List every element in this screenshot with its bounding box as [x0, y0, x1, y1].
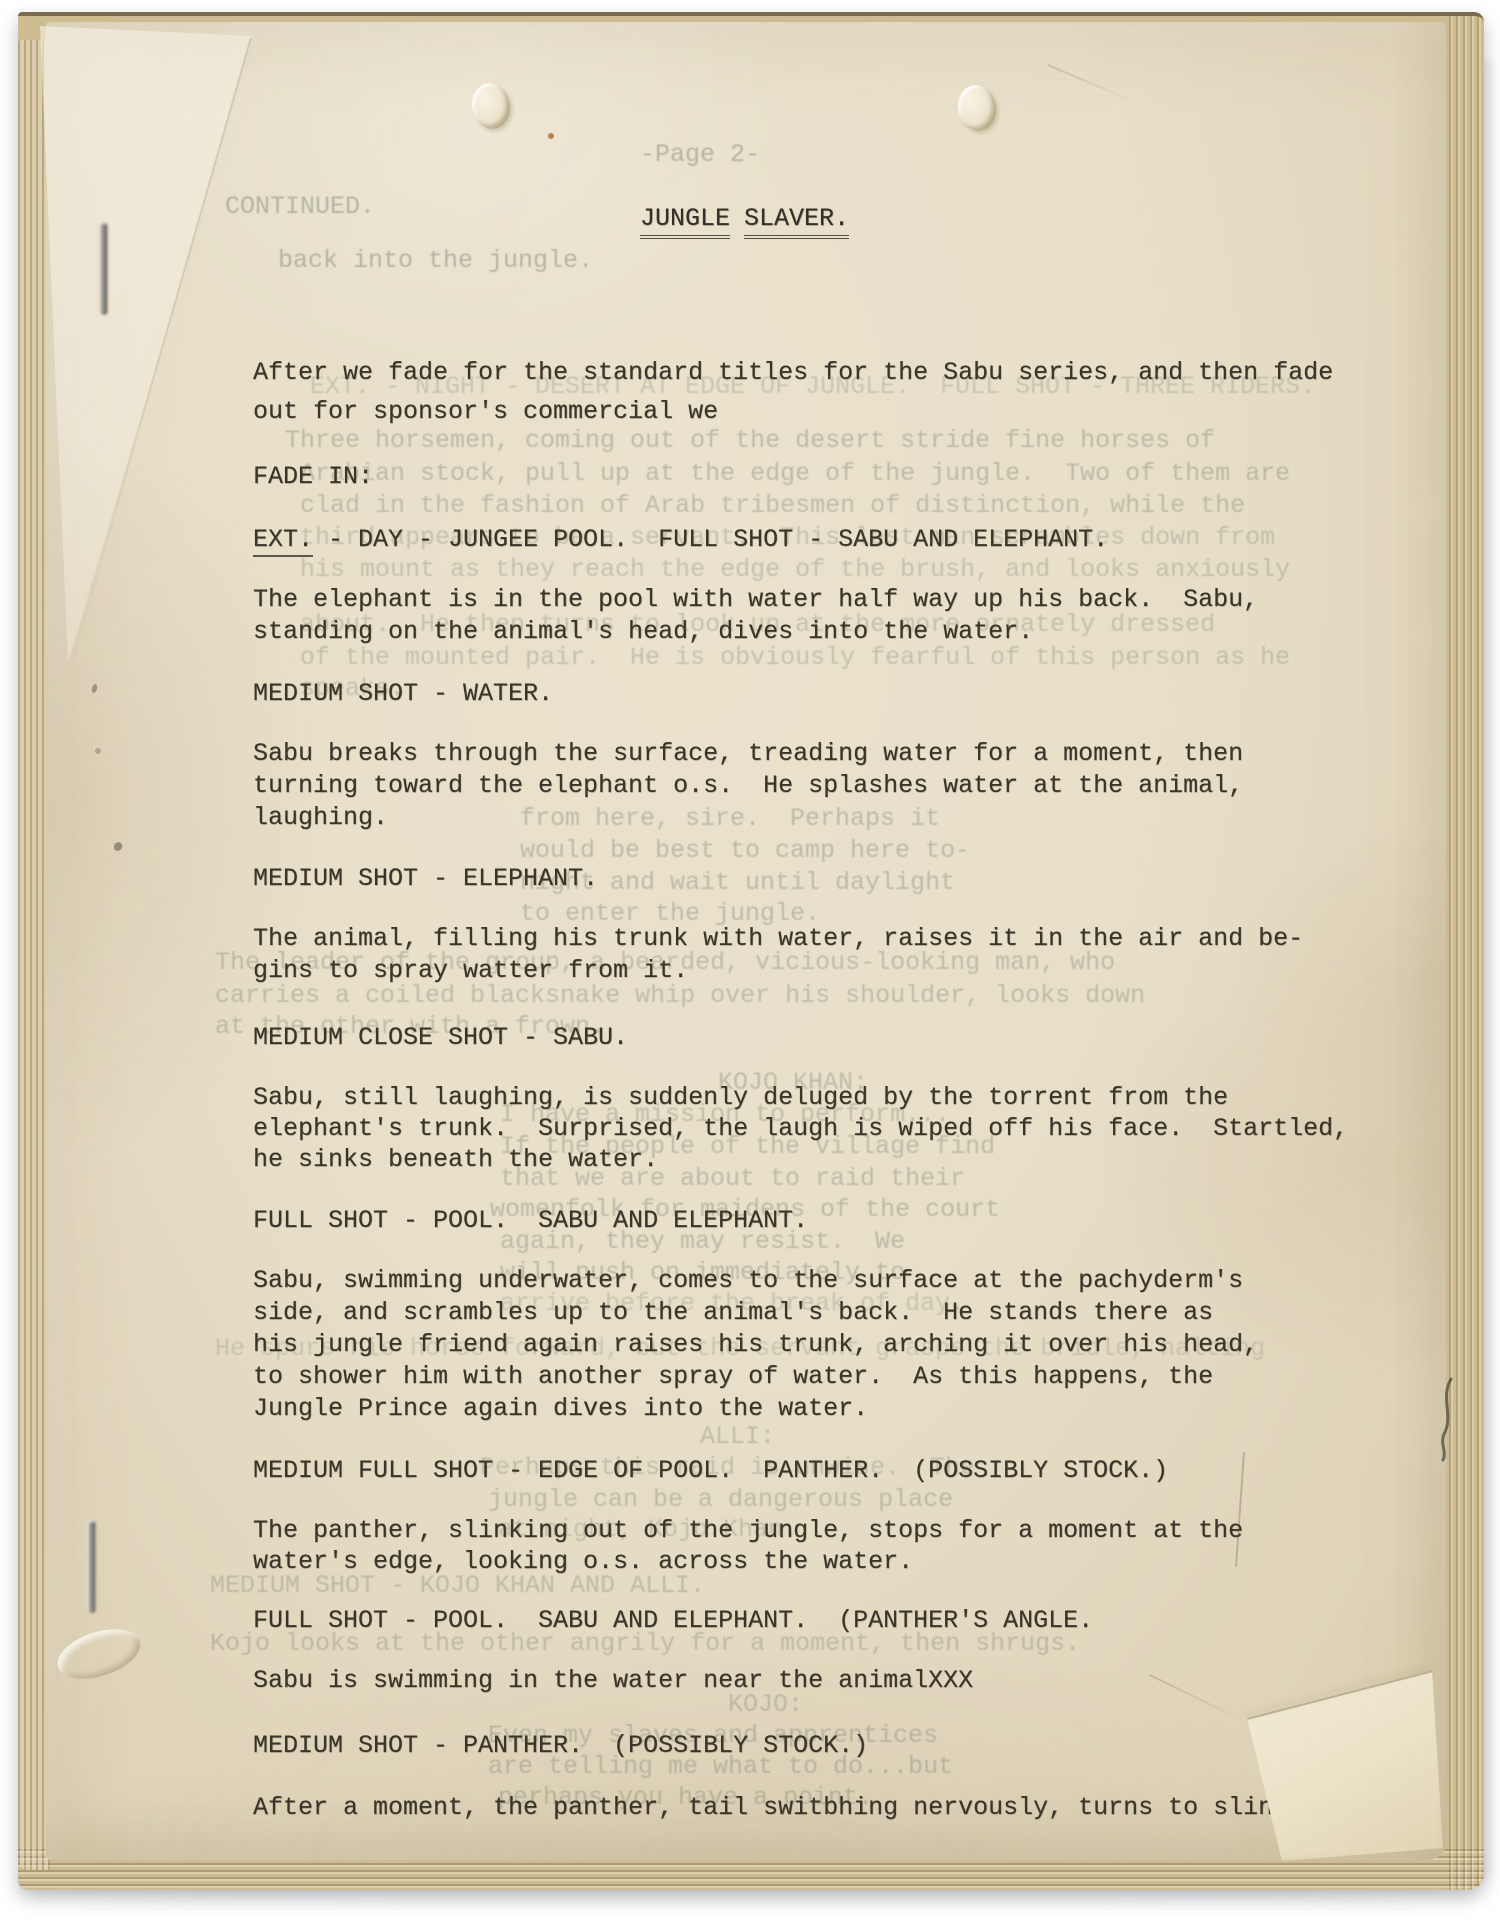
ghost-line: jungle can be a dangerous place [488, 1487, 953, 1512]
script-line: he sinks beneath the water. [253, 1147, 658, 1172]
script-line: After we fade for the standard titles fo… [253, 360, 1333, 385]
ghost-line: clad in the fashion of Arab tribesmen of… [300, 493, 1245, 518]
script-line: The panther, slinking out of the jungle,… [253, 1518, 1243, 1543]
title-space [730, 204, 744, 233]
script-line: elephant's trunk. Surprised, the laugh i… [253, 1116, 1348, 1141]
script-line: The animal, filling his trunk with water… [253, 926, 1303, 951]
title-word: SLAVER. [744, 204, 849, 239]
ink-speck [95, 748, 101, 754]
title-word: JUNGLE [640, 204, 730, 239]
ghost-line: his mount as they reach the edge of the … [300, 557, 1290, 582]
pencil-mark [1435, 1376, 1461, 1464]
ink-speck [548, 133, 554, 139]
script-line: side, and scrambles up to the animal's b… [253, 1300, 1213, 1325]
staple-top [100, 222, 107, 314]
script-line: Jungle Prince again dives into the water… [253, 1396, 868, 1421]
script-line: Sabu, swimming underwater, comes to the … [253, 1268, 1243, 1293]
script-line: standing on the animal's head, dives int… [253, 619, 1033, 644]
ghost-line: -Page 2- [640, 142, 760, 167]
ghost-line: Three horsemen, coming out of the desert… [285, 428, 1215, 453]
script-line: gins to spray watter from it. [253, 958, 688, 983]
ghost-line: from here, sire. Perhaps it [520, 806, 940, 831]
ghost-line: Arabian stock, pull up at the edge of th… [300, 461, 1290, 486]
script-line: After a moment, the panther, tail switbh… [253, 1795, 1288, 1820]
script-line: out for sponsor's commercial we [253, 399, 718, 424]
script-line: Sabu is swimming in the water near the a… [253, 1668, 973, 1693]
script-line: FULL SHOT - POOL. SABU AND ELEPHANT. [253, 1208, 808, 1233]
script-line: MEDIUM SHOT - ELEPHANT. [253, 866, 598, 891]
ghost-line: would be best to camp here to- [520, 838, 970, 863]
script-line: Sabu, still laughing, is suddenly deluge… [253, 1085, 1228, 1110]
script-line: FADE IN: [253, 464, 373, 489]
ghost-line: back into the jungle. [278, 248, 593, 273]
script-line: to shower him with another spray of wate… [253, 1364, 1213, 1389]
script-line: EXT. - DAY - JUNGEE POOL. FULL SHOT - SA… [253, 527, 1108, 552]
scanned-script-page: -Page 2-CONTINUED.back into the jungle.E… [0, 0, 1500, 1932]
script-line: water's edge, looking o.s. across the wa… [253, 1549, 913, 1574]
script-line: The elephant is in the pool with water h… [253, 587, 1258, 612]
ghost-line: to enter the jungle. [520, 901, 820, 926]
ghost-line: MEDIUM SHOT - KOJO KHAN AND ALLI. [210, 1573, 705, 1598]
ghost-line: of the mounted pair. He is obviously fea… [300, 645, 1290, 670]
script-line: MEDIUM SHOT - WATER. [253, 681, 553, 706]
script-line: Sabu breaks through the surface, treadin… [253, 741, 1243, 766]
ghost-line: carries a coiled blacksnake whip over hi… [215, 983, 1145, 1008]
script-line: laughing. [253, 805, 388, 830]
script-line: FULL SHOT - POOL. SABU AND ELEPHANT. (PA… [253, 1608, 1093, 1633]
ghost-line: ALLI: [700, 1424, 775, 1449]
script-line: his jungle friend again raises his trunk… [253, 1332, 1258, 1357]
script-line: MEDIUM CLOSE SHOT - SABU. [253, 1025, 628, 1050]
staple-bottom [88, 1520, 95, 1612]
script-line: MEDIUM SHOT - PANTHER. (POSSIBLY STOCK.) [253, 1733, 868, 1758]
ghost-line: CONTINUED. [225, 194, 375, 219]
script-line: MEDIUM FULL SHOT - EDGE OF POOL. PANTHER… [253, 1458, 1168, 1483]
script-title: JUNGLE SLAVER. [640, 204, 849, 233]
script-line: turning toward the elephant o.s. He spla… [253, 773, 1243, 798]
ghost-line: KOJO: [728, 1692, 803, 1717]
